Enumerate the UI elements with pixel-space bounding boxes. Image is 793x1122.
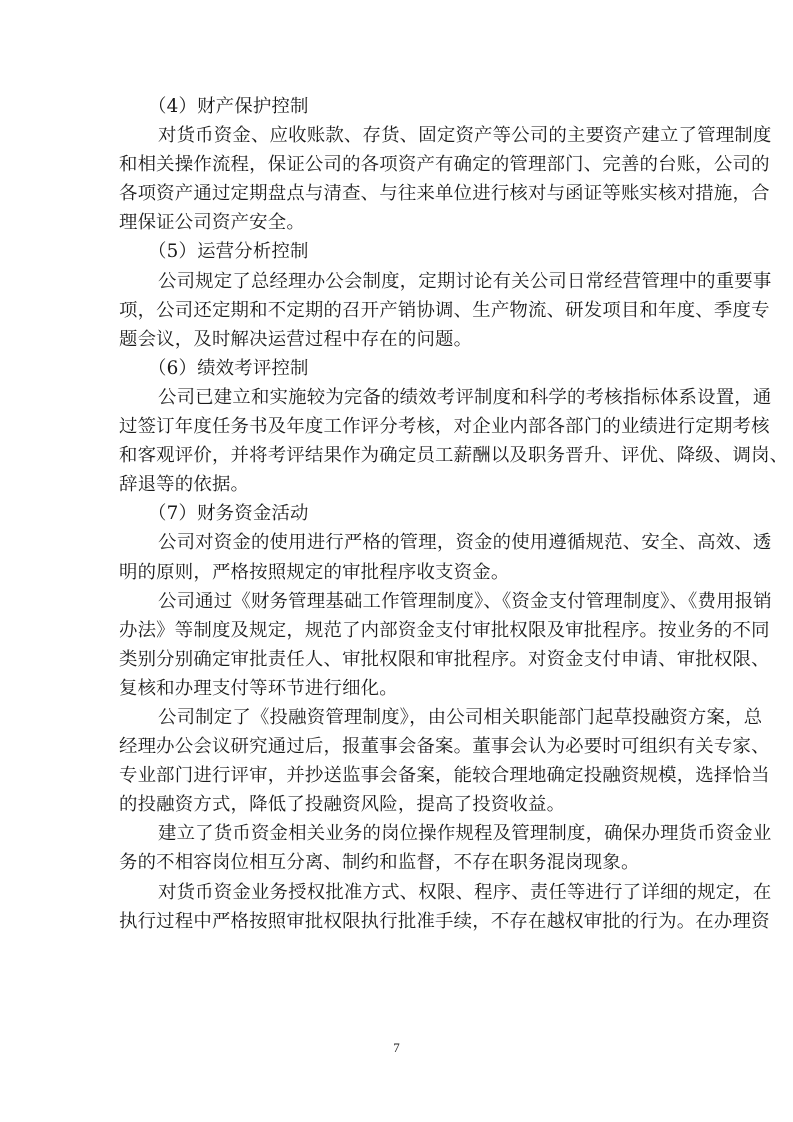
- paragraph-line: 专业部门进行评审，并抄送监事会备案，能较合理地确定投融资规模，选择恰当: [119, 761, 675, 790]
- paragraph-line: 公司对资金的使用进行严格的管理，资金的使用遵循规范、安全、高效、透: [119, 528, 675, 557]
- paragraph-line: 建立了货币资金相关业务的岗位操作规程及管理制度，确保办理货币资金业: [119, 819, 675, 848]
- paragraph-line: 公司制定了《投融资管理制度》，由公司相关职能部门起草投融资方案，总: [119, 703, 675, 732]
- section-heading-6: （6）绩效考评控制: [119, 354, 675, 383]
- paragraph-line: 务的不相容岗位相互分离、制约和监督，不存在职务混岗现象。: [119, 848, 675, 877]
- paragraph-line: 执行过程中严格按照审批权限执行批准手续，不存在越权审批的行为。在办理资: [119, 907, 675, 936]
- paragraph-line: 办法》等制度及规定，规范了内部资金支付审批权限及审批程序。按业务的不同: [119, 616, 675, 645]
- paragraph-line: 对货币资金、应收账款、存货、固定资产等公司的主要资产建立了管理制度: [119, 121, 675, 150]
- paragraph-line: 题会议，及时解决运营过程中存在的问题。: [119, 325, 675, 354]
- page-body: （4）财产保护控制 对货币资金、应收账款、存货、固定资产等公司的主要资产建立了管…: [119, 92, 675, 936]
- paragraph-line: 项，公司还定期和不定期的召开产销协调、生产物流、研发项目和年度、季度专: [119, 296, 675, 325]
- page-number: 7: [0, 1040, 793, 1056]
- paragraph-line: 公司通过《财务管理基础工作管理制度》、《资金支付管理制度》、《费用报销: [119, 587, 675, 616]
- paragraph-line: 对货币资金业务授权批准方式、权限、程序、责任等进行了详细的规定，在: [119, 878, 675, 907]
- paragraph-line: 辞退等的依据。: [119, 470, 675, 499]
- paragraph-line: 类别分别确定审批责任人、审批权限和审批程序。对资金支付申请、审批权限、: [119, 645, 675, 674]
- paragraph-line: 公司规定了总经理办公会制度，定期讨论有关公司日常经营管理中的重要事: [119, 267, 675, 296]
- paragraph-line: 和相关操作流程，保证公司的各项资产有确定的管理部门、完善的台账，公司的: [119, 150, 675, 179]
- paragraph-line: 和客观评价，并将考评结果作为确定员工薪酬以及职务晋升、评优、降级、调岗、: [119, 441, 675, 470]
- paragraph-line: 理保证公司资产安全。: [119, 208, 675, 237]
- paragraph-line: 各项资产通过定期盘点与清查、与往来单位进行核对与函证等账实核对措施，合: [119, 179, 675, 208]
- paragraph-line: 明的原则，严格按照规定的审批程序收支资金。: [119, 558, 675, 587]
- paragraph-line: 复核和办理支付等环节进行细化。: [119, 674, 675, 703]
- paragraph-line: 过签订年度任务书及年度工作评分考核，对企业内部各部门的业绩进行定期考核: [119, 412, 675, 441]
- section-heading-7: （7）财务资金活动: [119, 499, 675, 528]
- section-heading-4: （4）财产保护控制: [119, 92, 675, 121]
- paragraph-line: 经理办公会议研究通过后，报董事会备案。董事会认为必要时可组织有关专家、: [119, 732, 675, 761]
- paragraph-line: 的投融资方式，降低了投融资风险，提高了投资收益。: [119, 790, 675, 819]
- paragraph-line: 公司已建立和实施较为完备的绩效考评制度和科学的考核指标体系设置，通: [119, 383, 675, 412]
- document-page: （4）财产保护控制 对货币资金、应收账款、存货、固定资产等公司的主要资产建立了管…: [0, 0, 793, 1122]
- section-heading-5: （5）运营分析控制: [119, 237, 675, 266]
